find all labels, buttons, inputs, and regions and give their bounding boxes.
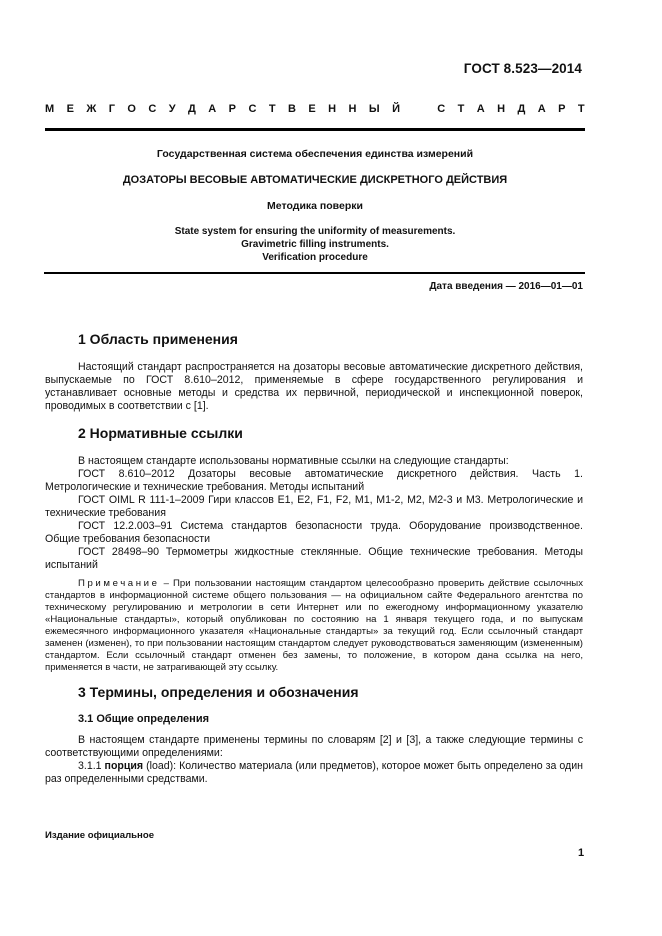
banner-letter: Н: [328, 103, 336, 115]
banner-letter: Д: [518, 103, 526, 115]
introduction-date: Дата введения — 2016—01—01: [429, 281, 583, 292]
banner-letter: В: [288, 103, 296, 115]
banner-letter: Й: [392, 103, 400, 115]
reference-item: ГОСТ 28498–90 Термометры жидкостные стек…: [45, 546, 583, 572]
section-1-heading: 1 Область применения: [78, 331, 238, 347]
sub-title: Методика поверки: [45, 200, 585, 212]
english-title-line: Gravimetric filling instruments.: [45, 238, 585, 251]
english-title-line: State system for ensuring the uniformity…: [45, 225, 585, 238]
banner-letter: Ж: [86, 103, 96, 115]
section-3-heading: 3 Термины, определения и обозначения: [78, 684, 359, 700]
section-3-1-heading: 3.1 Общие определения: [78, 713, 209, 725]
section-2-note: Примечание – При пользовании настоящим с…: [45, 578, 583, 674]
banner-letter: Ы: [369, 103, 380, 115]
reference-item: ГОСТ OIML R 111-1–2009 Гири классов E1, …: [45, 494, 583, 520]
section-1-body: Настоящий стандарт распространяется на д…: [45, 361, 583, 413]
header-divider-thick: [45, 128, 585, 131]
banner-letter: Е: [67, 103, 74, 115]
banner-letter: Н: [497, 103, 505, 115]
system-title: Государственная система обеспечения един…: [45, 148, 585, 160]
banner-letter: А: [208, 103, 216, 115]
banner-letter: Д: [188, 103, 196, 115]
paragraph: В настоящем стандарте использованы норма…: [45, 455, 583, 468]
reference-item: ГОСТ 12.2.003–91 Система стандартов безо…: [45, 520, 583, 546]
standard-type-banner: МЕЖГОСУДАРСТВЕННЫЙСТАНДАРТ: [45, 103, 585, 115]
banner-letter: Р: [558, 103, 565, 115]
banner-letter: Т: [458, 103, 465, 115]
banner-letter: А: [538, 103, 546, 115]
paragraph: Настоящий стандарт распространяется на д…: [45, 361, 583, 413]
section-2-body: В настоящем стандарте использованы норма…: [45, 455, 583, 572]
page-number: 1: [578, 847, 584, 859]
edition-label: Издание официальное: [45, 830, 154, 841]
banner-letter: Т: [578, 103, 585, 115]
banner-letter: Е: [308, 103, 315, 115]
banner-letter: С: [437, 103, 445, 115]
banner-letter: Г: [109, 103, 115, 115]
paragraph: В настоящем стандарте применены термины …: [45, 734, 583, 760]
english-title: State system for ensuring the uniformity…: [45, 225, 585, 264]
note-text: – При пользовании настоящим стандартом ц…: [45, 578, 583, 673]
banner-letter: Н: [348, 103, 356, 115]
banner-letter: Т: [269, 103, 276, 115]
banner-letter: У: [169, 103, 176, 115]
term-definition: 3.1.1 порция (load): Количество материал…: [45, 760, 583, 786]
banner-letter: А: [477, 103, 485, 115]
banner-letter: Р: [229, 103, 236, 115]
banner-letter: М: [45, 103, 54, 115]
banner-letter: С: [248, 103, 256, 115]
banner-letter: О: [127, 103, 136, 115]
section-2-heading: 2 Нормативные ссылки: [78, 425, 243, 441]
banner-letter: С: [148, 103, 156, 115]
term-number: 3.1.1: [78, 760, 105, 772]
term: порция: [105, 760, 144, 772]
english-title-line: Verification procedure: [45, 251, 585, 264]
reference-item: ГОСТ 8.610–2012 Дозаторы весовые автомат…: [45, 468, 583, 494]
section-3-body: В настоящем стандарте применены термины …: [45, 734, 583, 786]
main-title: ДОЗАТОРЫ ВЕСОВЫЕ АВТОМАТИЧЕСКИЕ ДИСКРЕТН…: [45, 174, 585, 186]
document-code: ГОСТ 8.523—2014: [464, 61, 582, 76]
note-label: Примечание: [78, 578, 160, 589]
title-divider: [44, 272, 585, 274]
